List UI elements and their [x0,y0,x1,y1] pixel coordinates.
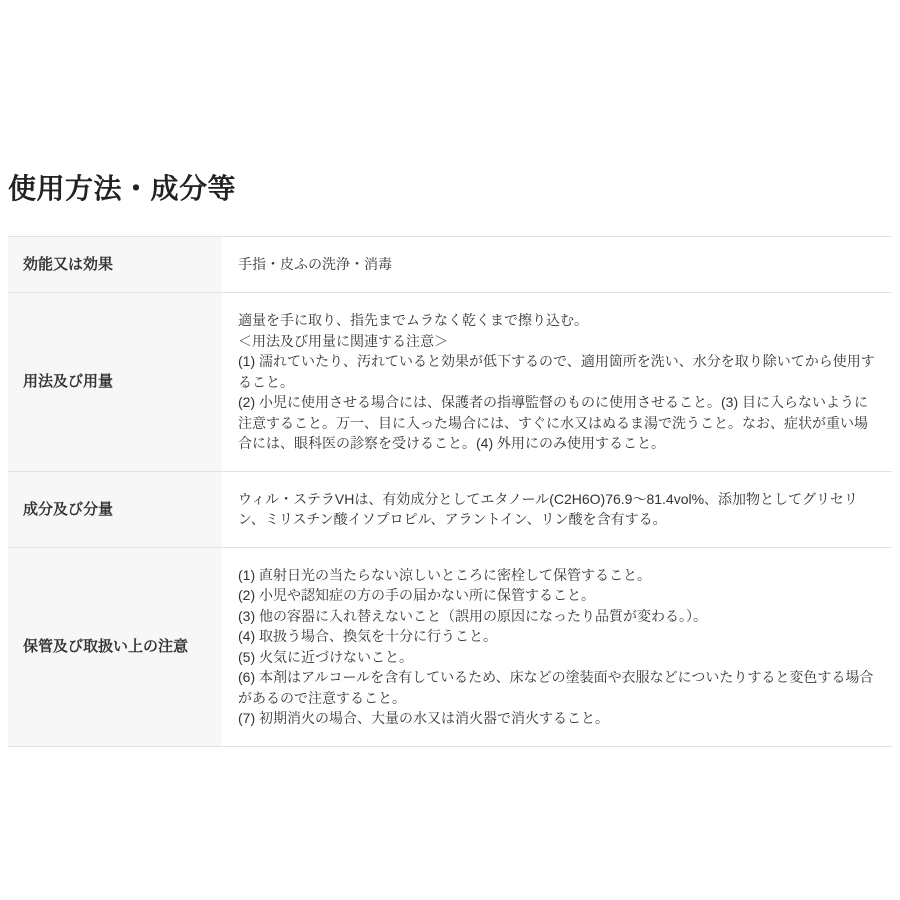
table-row: 用法及び用量 適量を手に取り、指先までムラなく乾くまで擦り込む。＜用法及び用量に… [8,293,892,472]
content-line: (2) 小児に使用させる場合には、保護者の指導監督のものに使用させること。(3)… [238,392,876,454]
content-line: (5) 火気に近づけないこと。 [238,647,876,668]
content-line: 適量を手に取り、指先までムラなく乾くまで擦り込む。 [238,310,876,331]
content-line: (4) 取扱う場合、換気を十分に行うこと。 [238,626,876,647]
row-header-label: 効能又は効果 [8,237,222,292]
table-row: 保管及び取扱い上の注意 (1) 直射日光の当たらない涼しいところに密栓して保管す… [8,548,892,747]
content-line: ＜用法及び用量に関連する注意＞ [238,331,876,352]
table-row: 効能又は効果 手指・皮ふの洗浄・消毒 [8,237,892,293]
row-content: (1) 直射日光の当たらない涼しいところに密栓して保管すること。(2) 小児や認… [222,548,892,746]
row-header-label: 成分及び分量 [8,472,222,547]
content-line: ウィル・ステラVHは、有効成分としてエタノール(C2H6O)76.9〜81.4v… [238,489,876,530]
content-line: (1) 濡れていたり、汚れていると効果が低下するので、適用箇所を洗い、水分を取り… [238,351,876,392]
content-line: (2) 小児や認知症の方の手の届かない所に保管すること。 [238,585,876,606]
row-content: ウィル・ステラVHは、有効成分としてエタノール(C2H6O)76.9〜81.4v… [222,472,892,547]
content-line: (3) 他の容器に入れ替えないこと（誤用の原因になったり品質が変わる。）。 [238,606,876,627]
usage-ingredients-table: 効能又は効果 手指・皮ふの洗浄・消毒 用法及び用量 適量を手に取り、指先までムラ… [8,236,892,747]
row-header-label: 用法及び用量 [8,293,222,471]
section-title: 使用方法・成分等 [8,172,892,206]
table-row: 成分及び分量 ウィル・ステラVHは、有効成分としてエタノール(C2H6O)76.… [8,472,892,548]
content-line: (1) 直射日光の当たらない涼しいところに密栓して保管すること。 [238,565,876,586]
content-line: 手指・皮ふの洗浄・消毒 [238,254,876,275]
row-content: 適量を手に取り、指先までムラなく乾くまで擦り込む。＜用法及び用量に関連する注意＞… [222,293,892,471]
product-info-page: 使用方法・成分等 効能又は効果 手指・皮ふの洗浄・消毒 用法及び用量 適量を手に… [0,0,900,900]
row-content: 手指・皮ふの洗浄・消毒 [222,237,892,292]
content-line: (7) 初期消火の場合、大量の水又は消火器で消火すること。 [238,708,876,729]
content-line: (6) 本剤はアルコールを含有しているため、床などの塗装面や衣服などについたりす… [238,667,876,708]
row-header-label: 保管及び取扱い上の注意 [8,548,222,746]
